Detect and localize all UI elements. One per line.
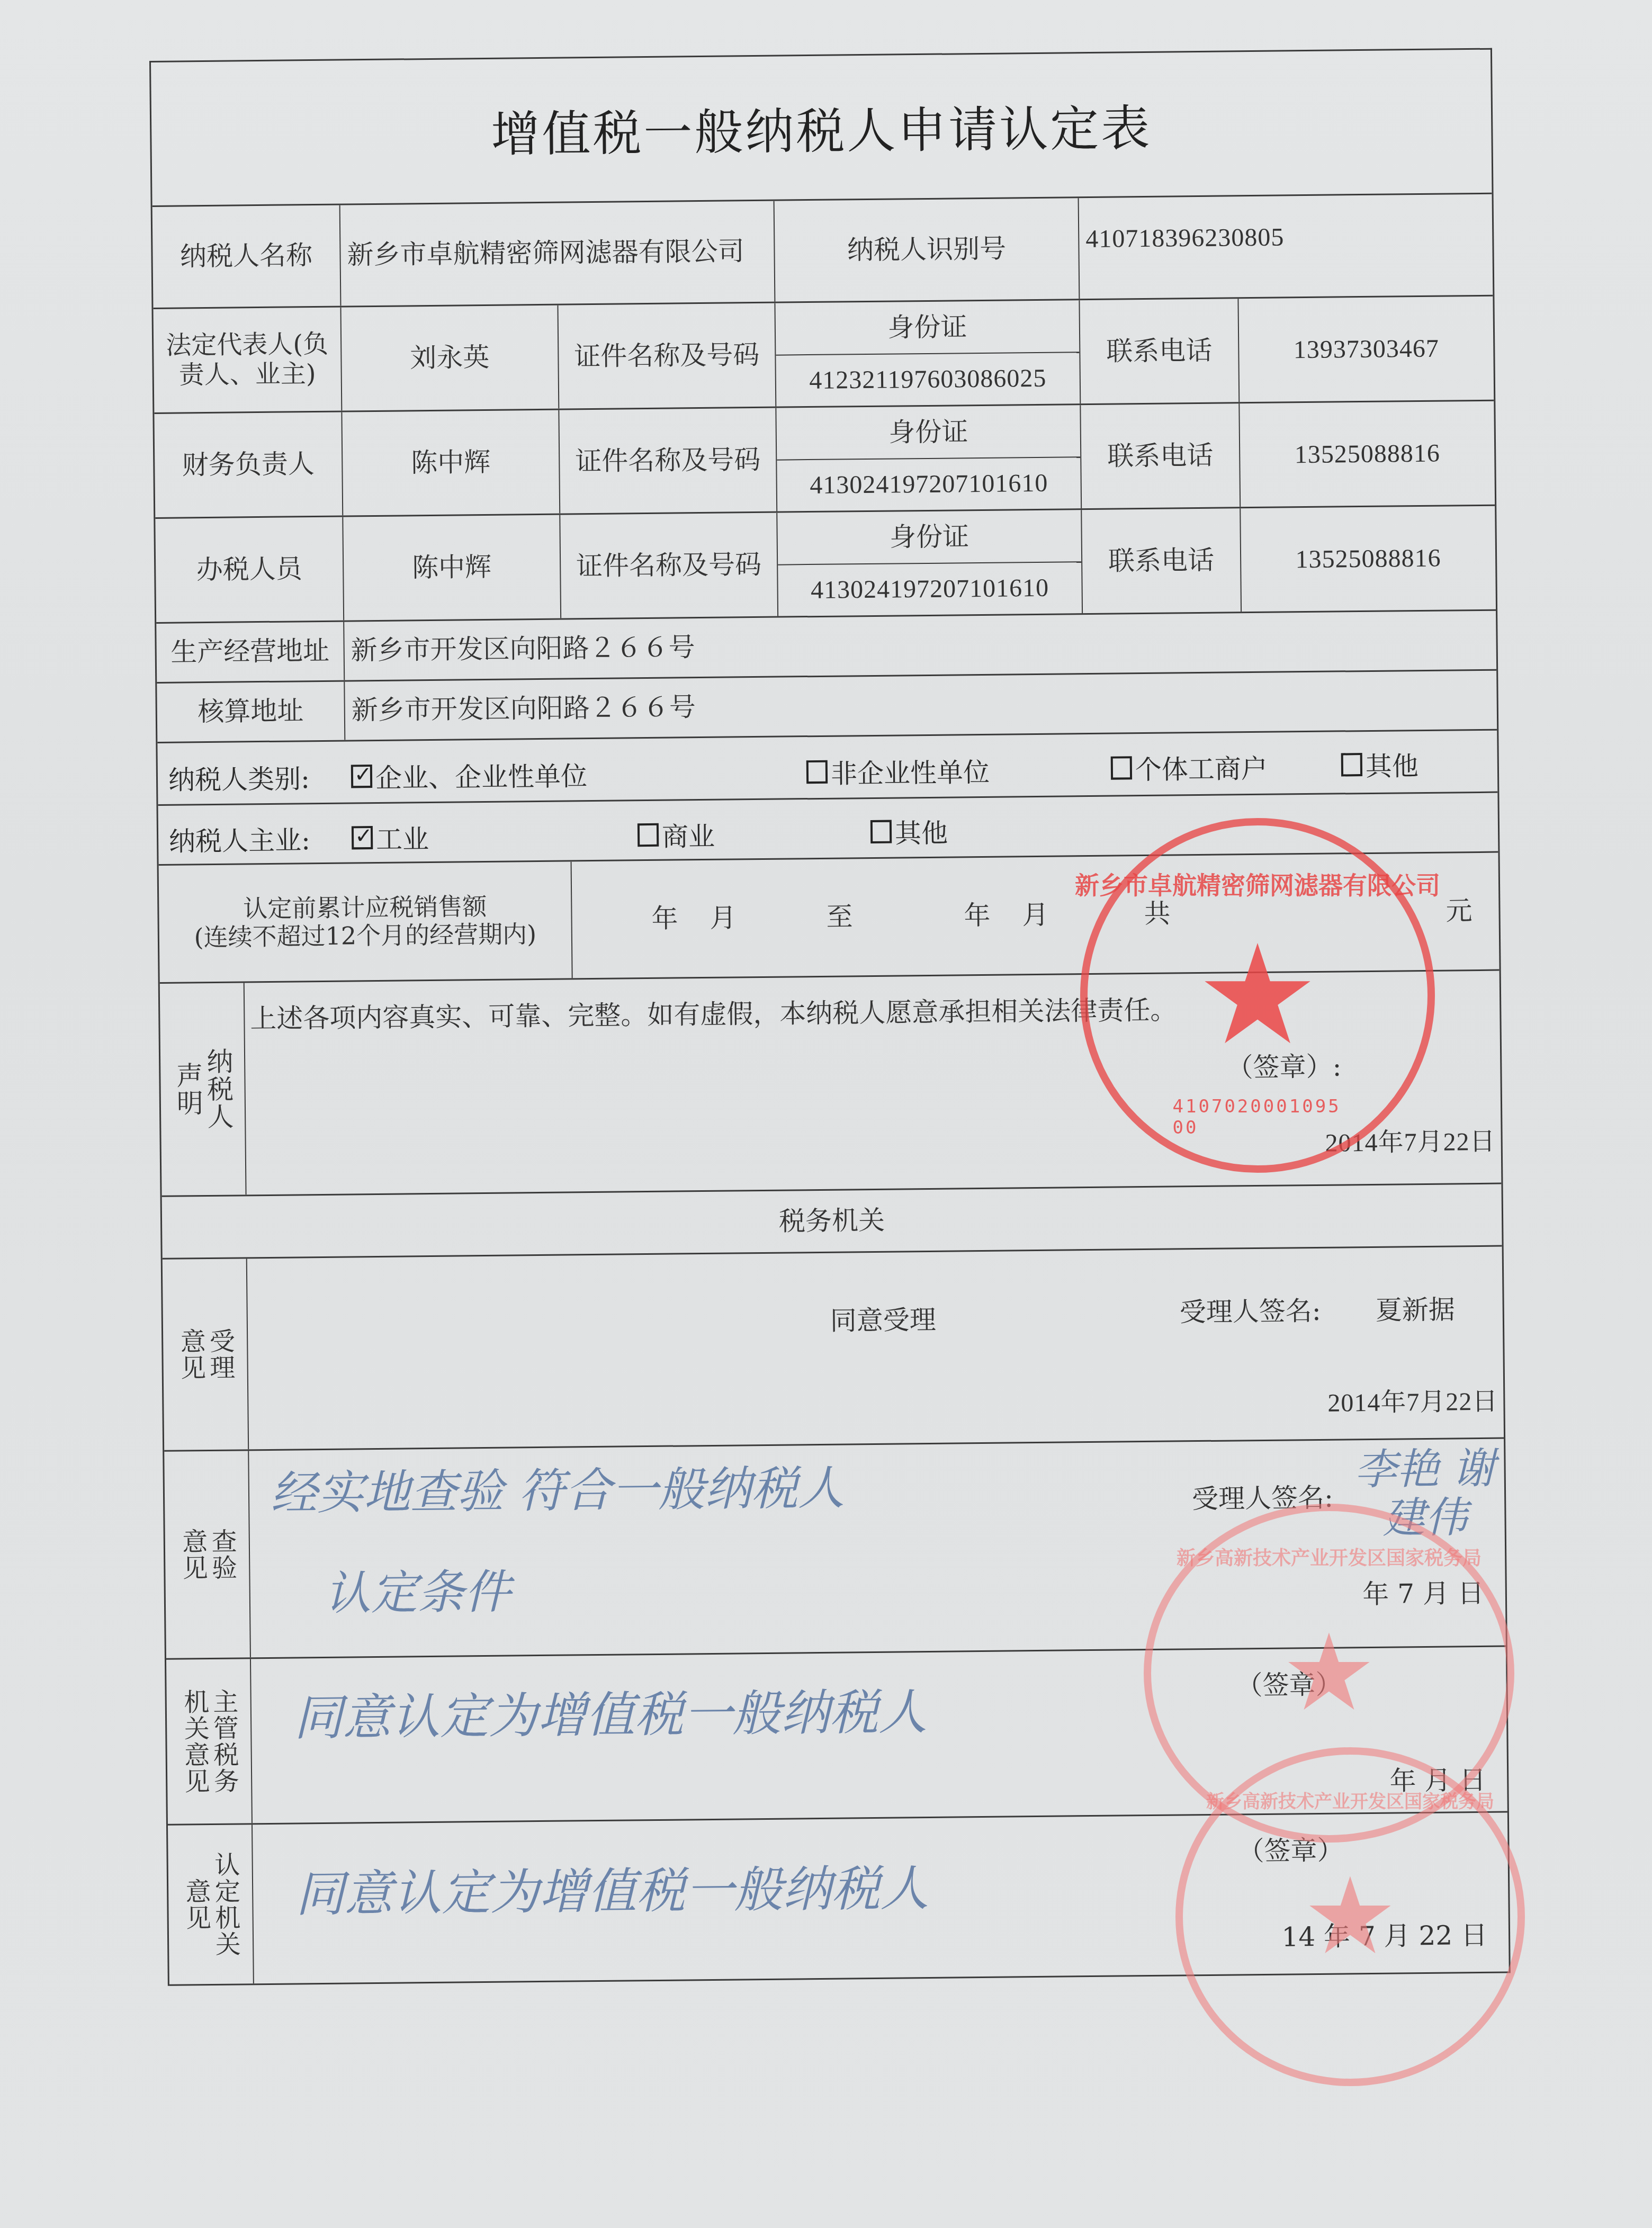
inspection-handwritten-opinion: 经实地查验 符合一般纳税人 bbox=[270, 1461, 845, 1521]
phone-value: 13525088816 bbox=[1241, 506, 1496, 612]
checkbox-checked-icon[interactable] bbox=[352, 826, 373, 849]
competent-authority-body: 同意认定为增值税一般纳税人 （签章） 年 月 日 bbox=[251, 1647, 1507, 1823]
inspection-body: 经实地查验 符合一般纳税人 认定条件 受理人签名: 李艳 谢建伟 年 7 月 日 bbox=[249, 1439, 1506, 1658]
cert-info: 身份证 412321197603086025 bbox=[775, 300, 1081, 407]
cert-label: 证件名称及号码 bbox=[559, 408, 777, 514]
approval-date: 14 年 7 月 22 日 bbox=[1281, 1920, 1487, 1952]
form-title: 增值税一般纳税人申请认定表 bbox=[151, 50, 1492, 207]
checkbox-icon[interactable] bbox=[638, 823, 659, 847]
category-option-individual[interactable]: 个体工商户 bbox=[1111, 748, 1268, 787]
inspection-handwritten-opinion-2: 认定条件 bbox=[324, 1565, 511, 1621]
acceptance-signer: 夏新据 bbox=[1375, 1295, 1455, 1326]
sales-period: 年 月 至 年 月 共 元 bbox=[572, 853, 1500, 978]
vat-taxpayer-application-form: 增值税一般纳税人申请认定表 纳税人名称 新乡市卓航精密筛网滤器有限公司 纳税人识… bbox=[149, 48, 1511, 1986]
declaration-date: 2014年7月22日 bbox=[1325, 1127, 1496, 1158]
person-name: 陈中辉 bbox=[342, 410, 560, 516]
competent-sign-label: （签章） bbox=[1236, 1670, 1342, 1701]
competent-date: 年 月 日 bbox=[1389, 1765, 1486, 1796]
taxpayer-row: 纳税人名称 新乡市卓航精密筛网滤器有限公司 纳税人识别号 41071839623… bbox=[152, 194, 1493, 309]
checkbox-checked-icon[interactable] bbox=[351, 765, 372, 788]
sales-label: 认定前累计应税销售额 (连续不超过12个月的经营期内) bbox=[159, 861, 573, 982]
person-role: 财务负责人 bbox=[154, 412, 343, 517]
acceptance-date: 2014年7月22日 bbox=[1327, 1387, 1498, 1417]
acceptance-opinion: 同意受理 bbox=[830, 1305, 937, 1336]
business-option-commerce[interactable]: 商业 bbox=[638, 815, 715, 854]
taxpayer-id-label: 纳税人识别号 bbox=[775, 198, 1080, 302]
approval-authority-body: 同意认定为增值税一般纳税人 （签章） 14 年 7 月 22 日 bbox=[253, 1813, 1509, 1984]
checkbox-icon[interactable] bbox=[1111, 756, 1132, 779]
category-option-other[interactable]: 其他 bbox=[1341, 745, 1419, 784]
declaration-row: 纳税人声明 上述各项内容真实、可靠、完整。如有虚假，本纳税人愿意承担相关法律责任… bbox=[160, 971, 1502, 1197]
taxpayer-id-value: 410718396230805 bbox=[1079, 194, 1493, 299]
taxpayer-name-label: 纳税人名称 bbox=[152, 205, 342, 308]
declaration-text: 上述各项内容真实、可靠、完整。如有虚假，本纳税人愿意承担相关法律责任。 bbox=[250, 995, 1177, 1034]
person-role: 办税人员 bbox=[155, 517, 344, 622]
person-name: 刘永英 bbox=[341, 306, 559, 411]
inspection-row: 查验意见 经实地查验 符合一般纳税人 认定条件 受理人签名: 李艳 谢建伟 年 … bbox=[164, 1439, 1506, 1660]
approval-handwritten-opinion: 同意认定为增值税一般纳税人 bbox=[295, 1861, 929, 1922]
cert-number: 413024197207101610 bbox=[778, 562, 1082, 616]
acceptance-signer-label: 受理人签名: bbox=[1180, 1296, 1321, 1328]
declaration-body: 上述各项内容真实、可靠、完整。如有虚假，本纳税人愿意承担相关法律责任。 （签章）… bbox=[245, 971, 1502, 1195]
business-option-other[interactable]: 其他 bbox=[870, 812, 948, 851]
phone-label: 联系电话 bbox=[1082, 508, 1242, 613]
person-role: 法定代表人(负责人、业主) bbox=[154, 308, 343, 412]
acceptance-body: 同意受理 受理人签名: 夏新据 2014年7月22日 bbox=[247, 1247, 1504, 1450]
person-name: 陈中辉 bbox=[343, 515, 561, 621]
competent-authority-label: 主管税务机关意见 bbox=[179, 1678, 239, 1805]
accounting-address-label: 核算地址 bbox=[157, 682, 345, 742]
inspection-date: 年 7 月 日 bbox=[1362, 1578, 1484, 1610]
acceptance-label: 受理意见 bbox=[176, 1323, 235, 1387]
cert-number: 413024197207101610 bbox=[777, 457, 1081, 511]
cert-label: 证件名称及号码 bbox=[558, 303, 776, 409]
production-address-label: 生产经营地址 bbox=[156, 622, 345, 682]
phone-value: 13937303467 bbox=[1238, 297, 1494, 402]
approval-sign-label: （签章） bbox=[1237, 1836, 1344, 1867]
category-option-non-enterprise[interactable]: 非企业性单位 bbox=[806, 751, 990, 791]
cert-type: 身份证 bbox=[777, 510, 1081, 565]
checkbox-icon[interactable] bbox=[1341, 753, 1362, 776]
competent-authority-row: 主管税务机关意见 同意认定为增值税一般纳税人 （签章） 年 月 日 bbox=[166, 1647, 1507, 1826]
business-option-industry[interactable]: 工业 bbox=[352, 818, 429, 857]
sales-row: 认定前累计应税销售额 (连续不超过12个月的经营期内) 年 月 至 年 月 共 … bbox=[159, 853, 1500, 984]
taxpayer-name-value: 新乡市卓航精密筛网滤器有限公司 bbox=[340, 201, 776, 306]
cert-info: 身份证 413024197207101610 bbox=[776, 405, 1082, 511]
checkbox-icon[interactable] bbox=[806, 760, 828, 784]
checkbox-icon[interactable] bbox=[870, 820, 892, 843]
declaration-label: 纳税人声明 bbox=[172, 1036, 234, 1143]
cert-type: 身份证 bbox=[775, 300, 1079, 355]
phone-value: 13525088816 bbox=[1240, 401, 1495, 507]
cert-type: 身份证 bbox=[776, 405, 1080, 460]
cert-info: 身份证 413024197207101610 bbox=[777, 510, 1083, 616]
person-row-tax-officer: 办税人员 陈中辉 证件名称及号码 身份证 413024197207101610 … bbox=[155, 506, 1496, 624]
main-business-label: 纳税人主业: bbox=[169, 819, 311, 859]
declaration-sign: （签章）: bbox=[1226, 1052, 1341, 1083]
inspection-label: 查验意见 bbox=[177, 1523, 237, 1587]
phone-label: 联系电话 bbox=[1080, 299, 1240, 403]
cert-number: 412321197603086025 bbox=[776, 353, 1080, 407]
accounting-address-value: 新乡市开发区向阳路２６６号 bbox=[345, 671, 1497, 740]
cert-label: 证件名称及号码 bbox=[560, 513, 778, 618]
category-option-enterprise[interactable]: 企业、企业性单位 bbox=[351, 755, 588, 795]
inspection-signer-handwritten: 李艳 谢建伟 bbox=[1345, 1444, 1505, 1543]
phone-label: 联系电话 bbox=[1081, 403, 1241, 508]
acceptance-row: 受理意见 同意受理 受理人签名: 夏新据 2014年7月22日 bbox=[163, 1247, 1504, 1452]
production-address-value: 新乡市开发区向阳路２６６号 bbox=[344, 611, 1496, 680]
tax-authority-header: 税务机关 bbox=[162, 1184, 1502, 1258]
category-label: 纳税人类别: bbox=[168, 758, 310, 797]
person-row-finance: 财务负责人 陈中辉 证件名称及号码 身份证 413024197207101610… bbox=[154, 401, 1495, 519]
approval-authority-row: 认定机关意见 同意认定为增值税一般纳税人 （签章） 14 年 7 月 22 日 bbox=[168, 1813, 1509, 1986]
approval-authority-label: 认定机关意见 bbox=[181, 1841, 240, 1969]
inspection-signer-label: 受理人签名: bbox=[1192, 1483, 1333, 1515]
person-row-legal-rep: 法定代表人(负责人、业主) 刘永英 证件名称及号码 身份证 4123211976… bbox=[154, 297, 1494, 414]
competent-handwritten-opinion: 同意认定为增值税一般纳税人 bbox=[294, 1684, 928, 1746]
